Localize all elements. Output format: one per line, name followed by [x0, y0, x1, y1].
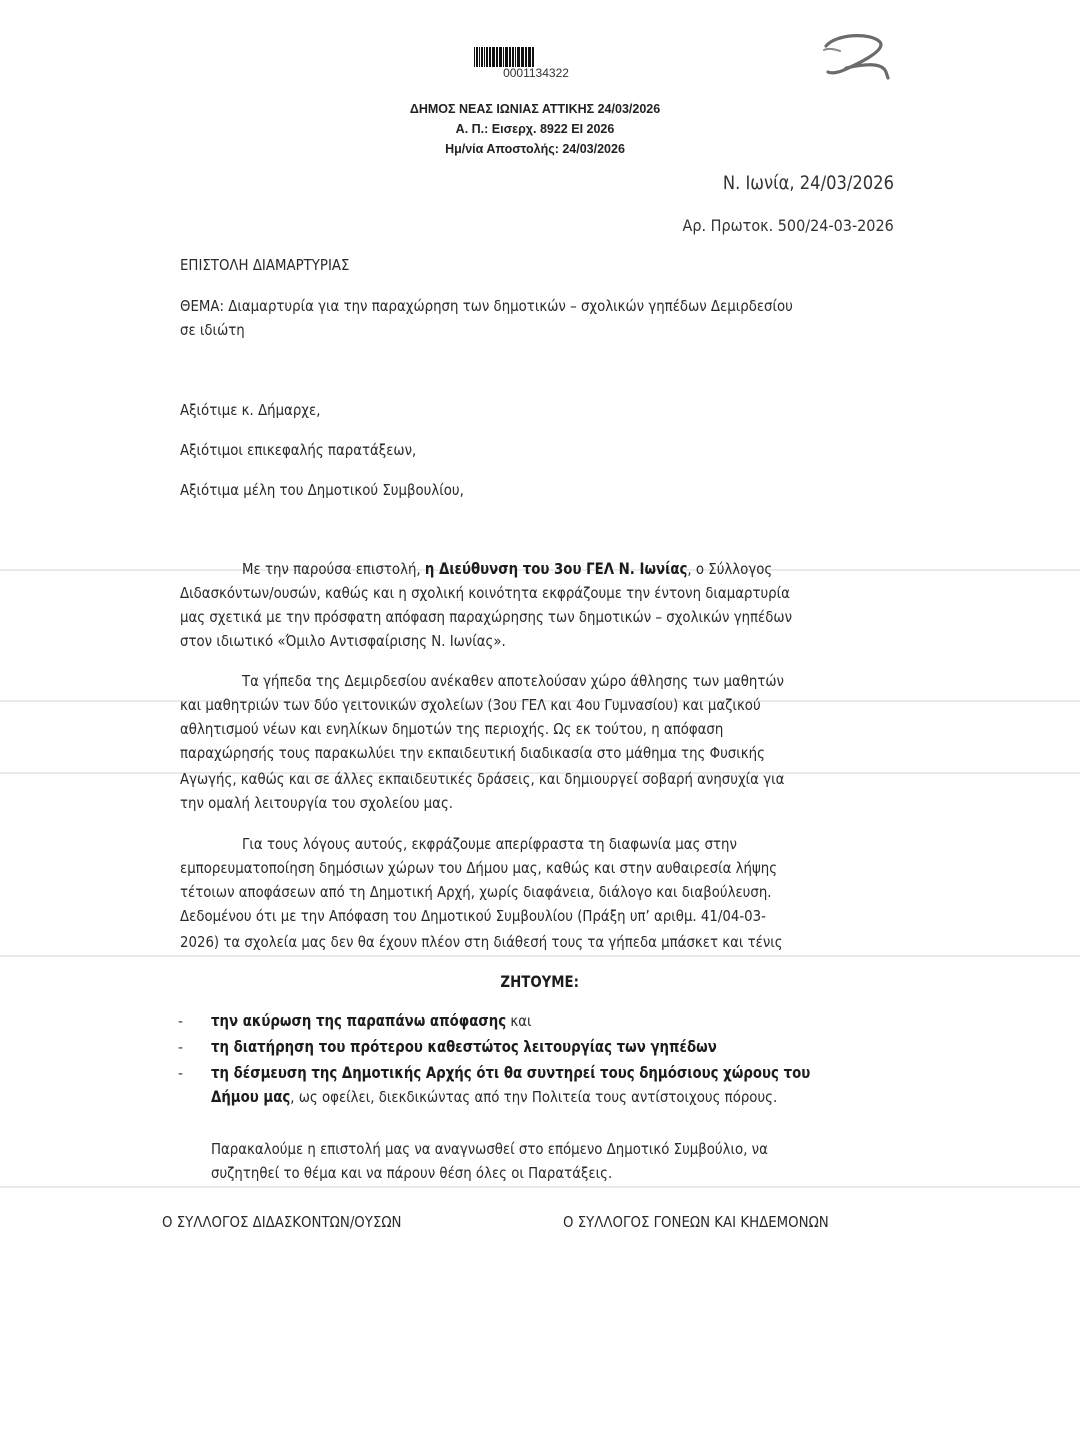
paragraph-1-line: μας σχετικά με την πρόσφατη απόφαση παρα…	[180, 608, 792, 626]
paragraph-2-line: την ομαλή λειτουργία του σχολείου μας.	[180, 794, 453, 812]
closing-line: Παρακαλούμε η επιστολή μας να αναγνωσθεί…	[211, 1140, 768, 1158]
registry-stamp-line: ΔΗΜΟΣ ΝΕΑΣ ΙΩΝΙΑΣ ΑΤΤΙΚΗΣ 24/03/2026	[330, 102, 740, 116]
barcode	[474, 47, 598, 67]
handwritten-number-mark	[818, 28, 898, 80]
signatory-teachers-association: Ο ΣΥΛΛΟΓΟΣ ΔΙΔΑΣΚΟΝΤΩΝ/ΟΥΣΩΝ	[162, 1213, 402, 1231]
demands-heading: ΖΗΤΟΥΜΕ:	[0, 973, 1080, 991]
demand-item: την ακύρωση της παραπάνω απόφασης και	[211, 1012, 532, 1030]
paragraph-1-line: στον ιδιωτικό «Όμιλο Αντισφαίρισης Ν. Ιω…	[180, 632, 506, 650]
demand-item: τη διατήρηση του πρότερου καθεστώτος λει…	[211, 1038, 717, 1056]
list-dash: -	[178, 1013, 183, 1030]
barcode-number: 0001134322	[474, 66, 598, 80]
registry-stamp-line: Ημ/νία Αποστολής: 24/03/2026	[330, 142, 740, 156]
paragraph-1-line: Διδασκόντων/ουσών, καθώς και η σχολική κ…	[180, 584, 790, 602]
list-dash: -	[178, 1039, 183, 1056]
demand-item: τη δέσμευση της Δημοτικής Αρχής ότι θα σ…	[211, 1064, 810, 1082]
paragraph-3-line: εμπορευματοποίηση δημόσιων χώρων του Δήμ…	[180, 859, 777, 877]
paragraph-1-line: Με την παρούσα επιστολή, η Διεύθυνση του…	[242, 560, 772, 578]
protocol-number: Αρ. Πρωτοκ. 500/24-03-2026	[683, 216, 894, 235]
paragraph-3-line: 2026) τα σχολεία μας δεν θα έχουν πλέον …	[180, 933, 783, 951]
place-date: Ν. Ιωνία, 24/03/2026	[723, 172, 894, 194]
letter-type-title: ΕΠΙΣΤΟΛΗ ΔΙΑΜΑΡΤΥΡΙΑΣ	[180, 256, 349, 274]
registry-stamp-line: Α. Π.: Εισερχ. 8922 ΕΙ 2026	[330, 122, 740, 136]
paragraph-2-line: παραχώρησής τους παρακωλύει την εκπαιδευ…	[180, 744, 765, 762]
subject-line: ΘΕΜΑ: Διαμαρτυρία για την παραχώρηση των…	[180, 297, 793, 315]
paragraph-2-line: Αγωγής, καθώς και σε άλλες εκπαιδευτικές…	[180, 770, 784, 788]
paragraph-3-line: Δεδομένου ότι με την Απόφαση του Δημοτικ…	[180, 907, 766, 925]
paragraph-2-line: και μαθητριών των δύο γειτονικών σχολείω…	[180, 696, 761, 714]
list-dash: -	[178, 1065, 183, 1082]
closing-line: συζητηθεί το θέμα και να πάρουν θέση όλε…	[211, 1164, 612, 1182]
subject-line: σε ιδιώτη	[180, 321, 245, 339]
scan-line	[0, 1186, 1080, 1188]
paragraph-3-line: Για τους λόγους αυτούς, εκφράζουμε απερί…	[242, 835, 737, 853]
demand-item-continuation: Δήμου μας, ως οφείλει, διεκδικώντας από …	[211, 1088, 777, 1106]
scan-line	[0, 955, 1080, 957]
salutation: Αξιότιμα μέλη του Δημοτικού Συμβουλίου,	[180, 481, 464, 499]
salutation: Αξιότιμε κ. Δήμαρχε,	[180, 401, 320, 419]
paragraph-2-line: αθλητισμού νέων και ενηλίκων δημοτών της…	[180, 720, 723, 738]
paragraph-2-line: Τα γήπεδα της Δεμιρδεσίου ανέκαθεν αποτε…	[242, 672, 784, 690]
signatory-parents-association: Ο ΣΥΛΛΟΓΟΣ ΓΟΝΕΩΝ ΚΑΙ ΚΗΔΕΜΟΝΩΝ	[563, 1213, 829, 1231]
paragraph-3-line: τέτοιων αποφάσεων από τη Δημοτική Αρχή, …	[180, 883, 772, 901]
school-direction-emphasis: η Διεύθυνση του 3ου ΓΕΛ Ν. Ιωνίας	[425, 560, 688, 578]
salutation: Αξιότιμοι επικεφαλής παρατάξεων,	[180, 441, 416, 459]
